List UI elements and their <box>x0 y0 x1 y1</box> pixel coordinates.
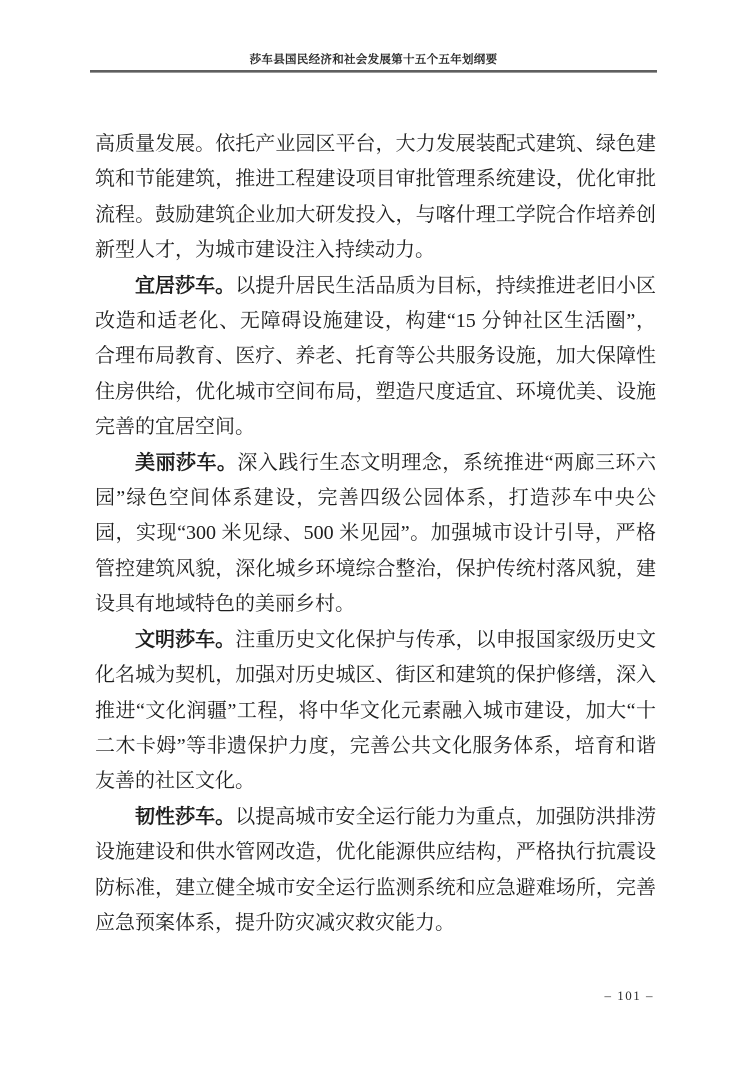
page-number: – 101 – <box>605 988 655 1004</box>
paragraph-resilient-shache: 韧性莎车。以提高城市安全运行能力为重点，加强防洪排涝设施建设和供水管网改造，优化… <box>95 800 656 942</box>
paragraph-text: 深入践行生态文明理念，系统推进“两廊三环六园”绿色空间体系建设，完善四级公园体系… <box>95 452 656 616</box>
paragraph-text: 注重历史文化保护与传承，以申报国家级历史文化名城为契机，加强对历史城区、街区和建… <box>95 629 656 793</box>
paragraph-lead: 美丽莎车。 <box>135 452 237 474</box>
paragraph-text: 以提升居民生活品质为目标，持续推进老旧小区改造和适老化、无障碍设施建设，构建“1… <box>95 275 656 439</box>
paragraph-lead: 文明莎车。 <box>135 629 235 651</box>
paragraph-continuation: 高质量发展。依托产业园区平台，大力发展装配式建筑、绿色建筑和节能建筑，推进工程建… <box>95 127 656 269</box>
paragraph-civilized-shache: 文明莎车。注重历史文化保护与传承，以申报国家级历史文化名城为契机，加强对历史城区… <box>95 623 656 800</box>
paragraph-beautiful-shache: 美丽莎车。深入践行生态文明理念，系统推进“两廊三环六园”绿色空间体系建设，完善四… <box>95 446 656 623</box>
header-rule <box>90 70 657 73</box>
paragraph-lead: 宜居莎车。 <box>135 275 235 297</box>
paragraph-livable-shache: 宜居莎车。以提升居民生活品质为目标，持续推进老旧小区改造和适老化、无障碍设施建设… <box>95 269 656 446</box>
document-page: 莎车县国民经济和社会发展第十五个五年划纲要 高质量发展。依托产业园区平台，大力发… <box>0 0 753 1066</box>
paragraph-lead: 韧性莎车。 <box>135 806 235 828</box>
document-body: 高质量发展。依托产业园区平台，大力发展装配式建筑、绿色建筑和节能建筑，推进工程建… <box>95 127 656 941</box>
paragraph-text: 高质量发展。依托产业园区平台，大力发展装配式建筑、绿色建筑和节能建筑，推进工程建… <box>95 133 656 261</box>
running-head-title: 莎车县国民经济和社会发展第十五个五年划纲要 <box>90 51 657 67</box>
